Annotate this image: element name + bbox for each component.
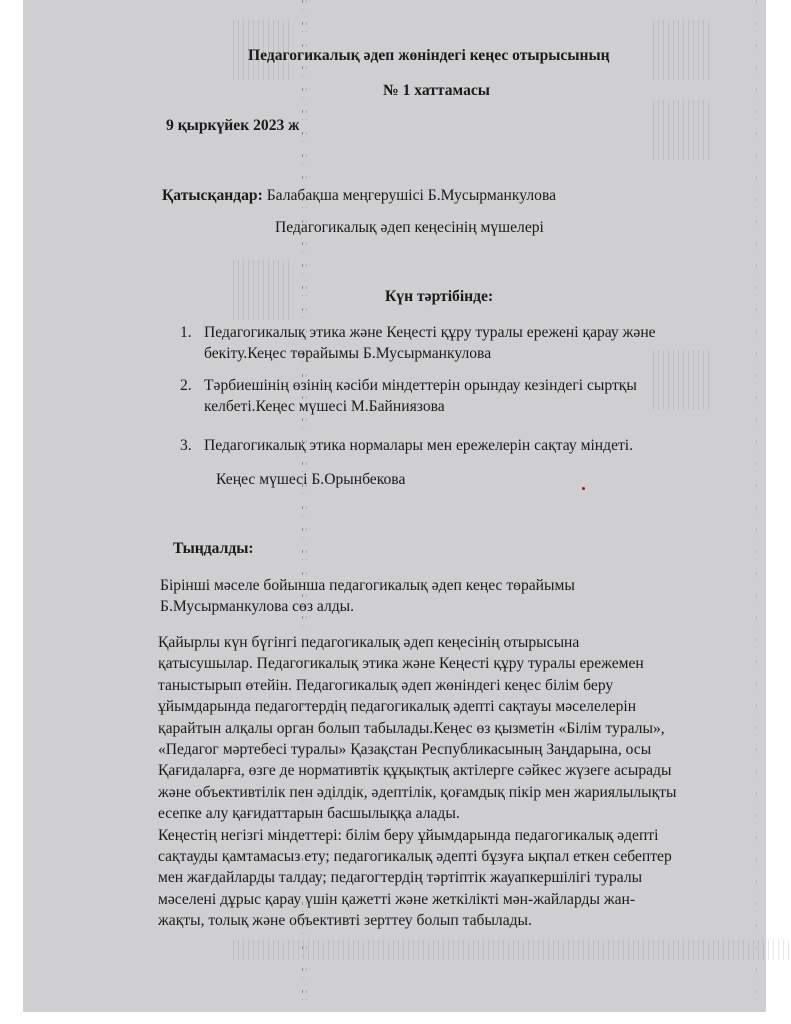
protocol-number: № 1 хаттамасы [383, 82, 490, 100]
scan-noise [233, 260, 293, 320]
scan-artifact-line [756, 0, 757, 1012]
participants: Қатысқандар: Балабақша меңгерушісі Б.Мус… [162, 187, 556, 205]
text-line: Кеңестің негізгі міндеттері: білім беру … [158, 825, 658, 847]
agenda-item-line: бекіту.Кеңес төрайымы Б.Мусырманкулова [204, 344, 491, 364]
text-line: мен жағдайларды талдау; педагогтердің тә… [158, 867, 642, 889]
text-line: және объективтілік пен әділдік, әдептілі… [158, 782, 676, 804]
scan-noise [653, 100, 713, 160]
agenda-item-number: 1. [180, 324, 192, 342]
text-line: Қағидаларға, өзге де нормативтік құқықты… [158, 760, 671, 782]
scan-noise [653, 20, 713, 80]
agenda-heading: Күн тәртібінде: [385, 288, 493, 306]
text-line: сақтауды қамтамасыз ету; педагогикалық ә… [158, 846, 672, 868]
text-line: Бірінші мәселе бойынша педагогикалық әде… [160, 575, 575, 597]
agenda-item-line: Педагогикалық этика және Кеңесті құру ту… [204, 323, 656, 343]
text-line: «Педагог мәртебесі туралы» Қазақстан Рес… [158, 739, 651, 761]
agenda-item-line: Тәрбиешінің өзінің кәсіби міндеттерін ор… [204, 376, 637, 396]
scan-noise [653, 350, 713, 410]
agenda-item-number: 3. [180, 437, 192, 455]
text-line: жақты, толық және объективті зерттеу бол… [158, 910, 532, 932]
participants-label: Қатысқандар: [162, 187, 263, 204]
text-line: Б.Мусырманкулова сөз алды. [160, 596, 354, 618]
text-line: ұйымдарында педагогтердің педагогикалық … [158, 696, 636, 718]
agenda-item-line: Педагогикалық этика нормалары мен ережел… [204, 436, 633, 456]
heard-heading: Тыңдалды: [173, 540, 254, 558]
document-title: Педагогикалық әдеп жөніндегі кеңес отыры… [248, 47, 610, 65]
scan-noise [233, 940, 791, 960]
text-line: Қайырлы күн бүгінгі педагогикалық әдеп к… [158, 632, 579, 654]
agenda-item-line: келбеті.Кеңес мүшесі М.Байниязова [204, 397, 445, 417]
scan-speck [582, 487, 585, 490]
meeting-date: 9 қыркүйек 2023 ж [166, 117, 300, 135]
text-line: қарайтын алқалы орган болып табылады.Кең… [158, 718, 665, 740]
text-line: қатысушылар. Педагогикалық этика және Ке… [158, 653, 644, 675]
participants-value: Балабақша меңгерушісі Б.Мусырманкулова [267, 187, 556, 204]
participants-members: Педагогикалық әдеп кеңесінің мүшелері [275, 219, 544, 237]
text-line: мәселені дұрыс қарау үшін қажетті және ж… [158, 889, 635, 911]
agenda-item-line: Кеңес мүшесі Б.Орынбекова [216, 470, 405, 490]
text-line: есепке алу қағидаттарын басшылыққа алады… [158, 803, 460, 825]
agenda-item-number: 2. [180, 377, 192, 395]
text-line: таныстырып өтейін. Педагогикалық әдеп жө… [158, 675, 613, 697]
